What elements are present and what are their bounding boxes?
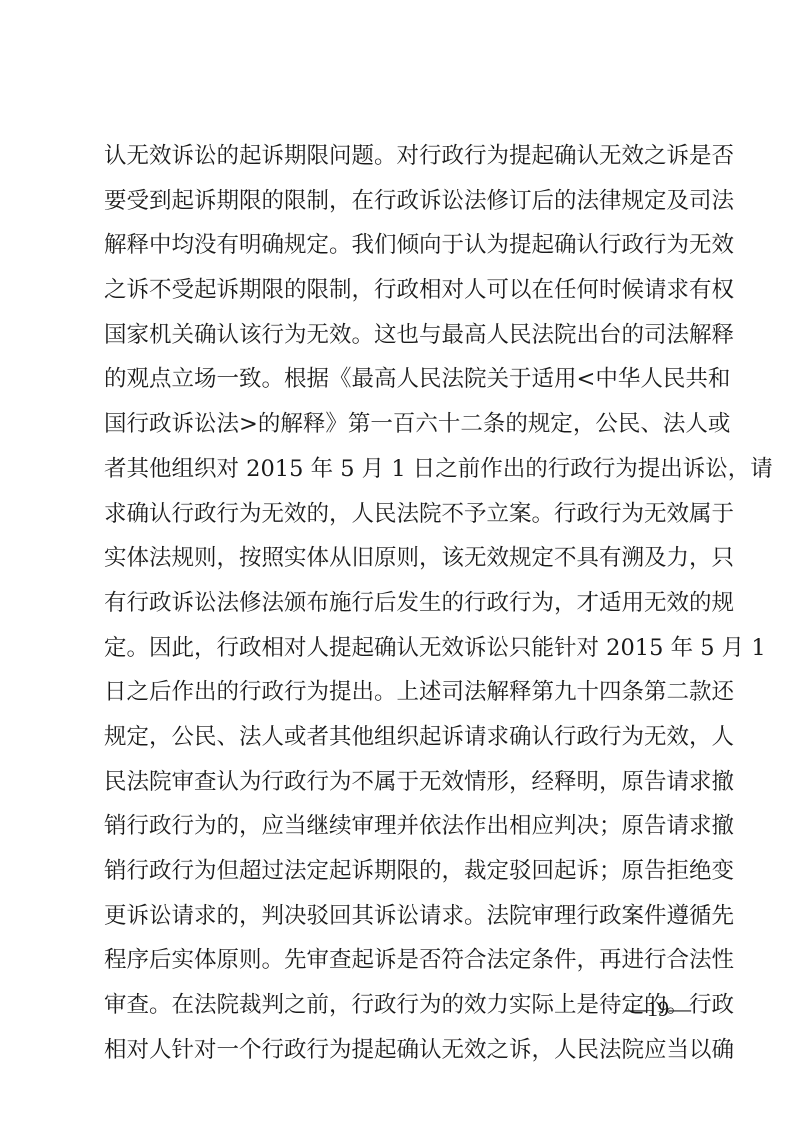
text-line: 相对人针对一个行政行为提起确认无效之诉，人民法院应当以确 [104, 1028, 696, 1073]
body-text: 认无效诉讼的起诉期限问题。对行政行为提起确认无效之诉是否 要受到起诉期限的限制，… [104, 134, 696, 1072]
page-number: —19— [618, 996, 698, 1022]
text-line: 的观点立场一致。根据《最高人民法院关于适用<中华人民共和 [104, 357, 696, 402]
text-line: 定。因此，行政相对人提起确认无效诉讼只能针对 2015 年 5 月 1 [104, 626, 696, 671]
text-line: 国家机关确认该行为无效。这也与最高人民法院出台的司法解释 [104, 313, 696, 358]
text-line: 解释中均没有明确规定。我们倾向于认为提起确认行政行为无效 [104, 223, 696, 268]
text-line: 销行政行为的，应当继续审理并依法作出相应判决；原告请求撤 [104, 804, 696, 849]
document-page: 认无效诉讼的起诉期限问题。对行政行为提起确认无效之诉是否 要受到起诉期限的限制，… [0, 0, 793, 1122]
text-line: 认无效诉讼的起诉期限问题。对行政行为提起确认无效之诉是否 [104, 134, 696, 179]
text-line: 之诉不受起诉期限的限制，行政相对人可以在任何时候请求有权 [104, 268, 696, 313]
text-line: 规定，公民、法人或者其他组织起诉请求确认行政行为无效，人 [104, 715, 696, 760]
text-line: 销行政行为但超过法定起诉期限的，裁定驳回起诉；原告拒绝变 [104, 849, 696, 894]
text-line: 者其他组织对 2015 年 5 月 1 日之前作出的行政行为提出诉讼，请 [104, 447, 696, 492]
text-line: 民法院审查认为行政行为不属于无效情形，经释明，原告请求撤 [104, 760, 696, 805]
text-line: 要受到起诉期限的限制，在行政诉讼法修订后的法律规定及司法 [104, 179, 696, 224]
text-line: 审查。在法院裁判之前，行政行为的效力实际上是待定的。行政 [104, 983, 696, 1028]
text-line: 更诉讼请求的，判决驳回其诉讼请求。法院审理行政案件遵循先 [104, 894, 696, 939]
text-line: 国行政诉讼法>的解释》第一百六十二条的规定，公民、法人或 [104, 402, 696, 447]
text-line: 日之后作出的行政行为提出。上述司法解释第九十四条第二款还 [104, 670, 696, 715]
text-line: 有行政诉讼法修法颁布施行后发生的行政行为，才适用无效的规 [104, 581, 696, 626]
text-line: 程序后实体原则。先审查起诉是否符合法定条件，再进行合法性 [104, 938, 696, 983]
text-line: 求确认行政行为无效的，人民法院不予立案。行政行为无效属于 [104, 492, 696, 537]
text-line: 实体法规则，按照实体从旧原则，该无效规定不具有溯及力，只 [104, 536, 696, 581]
